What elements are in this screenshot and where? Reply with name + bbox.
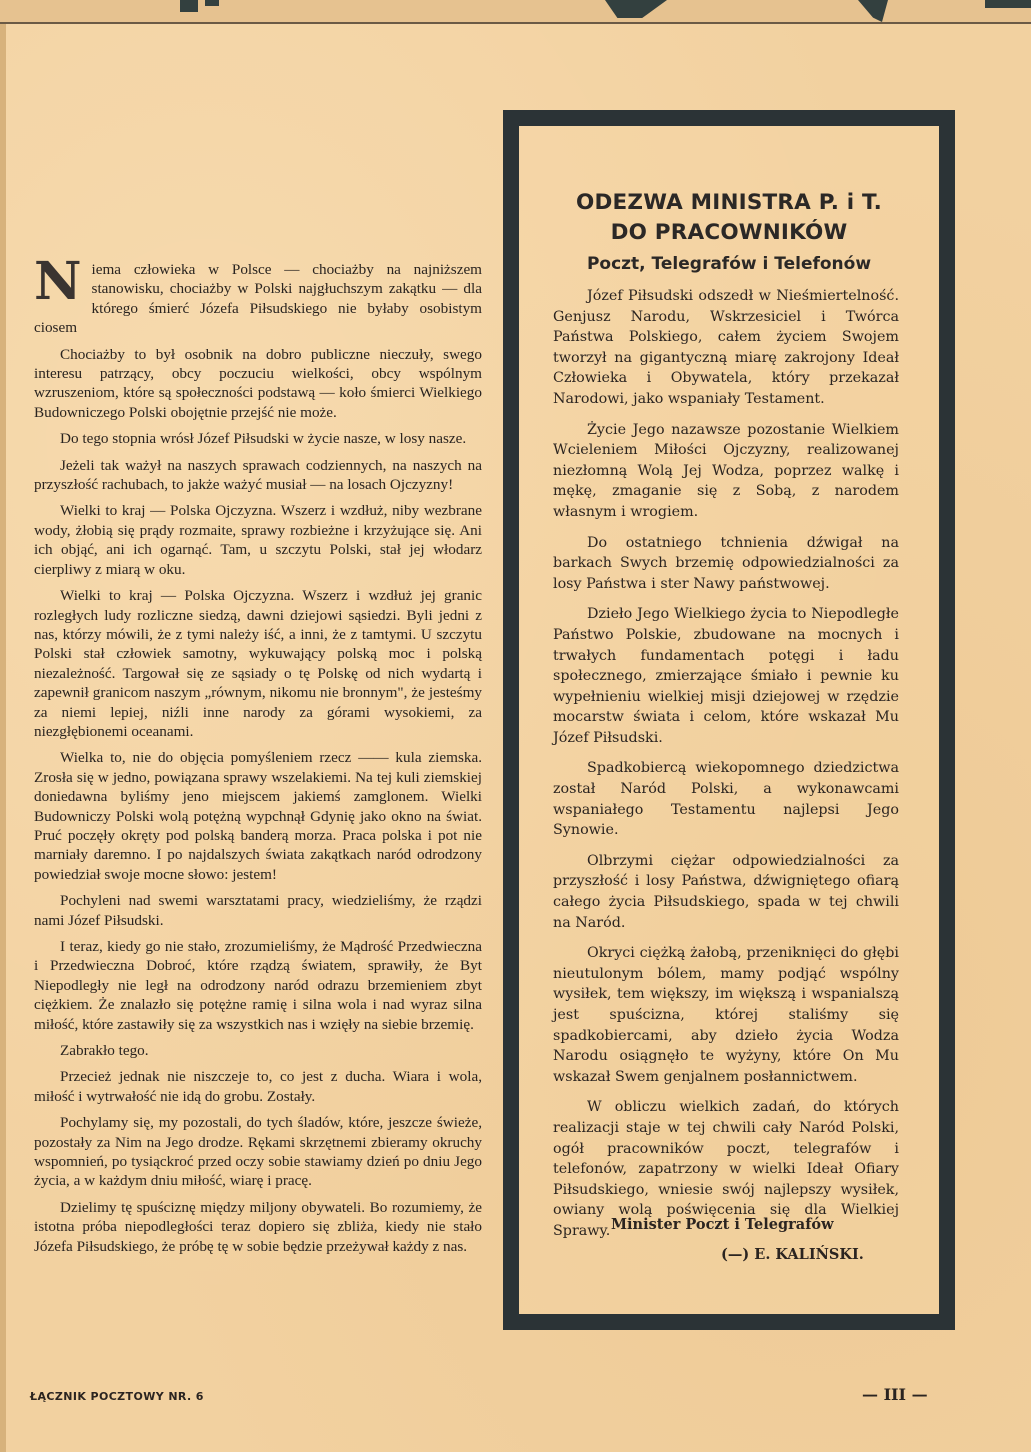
proclamation-paragraph: Józef Piłsudski odszedł w Nieśmiertelnoś… — [553, 286, 899, 410]
page-number: — III — — [862, 1385, 928, 1404]
proclamation-paragraph: Spadkobiercą wiekopomnego dziedzictwa zo… — [553, 758, 899, 840]
proclamation-body: Józef Piłsudski odszedł w Nieśmiertelnoś… — [553, 286, 899, 1252]
proclamation-title: ODEZWA MINISTRA P. i T. DO PRACOWNIKÓW P… — [519, 188, 939, 278]
article-paragraph: Jeżeli tak ważył na naszych sprawach cod… — [34, 456, 482, 495]
drop-cap: N — [34, 262, 82, 302]
signature-role: Minister Poczt i Telegrafów — [611, 1216, 834, 1233]
article-paragraph: Przecież jednak nie niszczeje to, co jes… — [34, 1067, 482, 1106]
article-paragraph: Pochylamy się, my pozostali, do tych śla… — [34, 1113, 482, 1191]
title-line-2: DO PRACOWNIKÓW — [519, 218, 939, 248]
title-line-1: ODEZWA MINISTRA P. i T. — [519, 188, 939, 218]
article-paragraph: I teraz, kiedy go nie stało, zrozumieliś… — [34, 937, 482, 1034]
article-paragraph: Zabrakło tego. — [34, 1041, 482, 1060]
proclamation-paragraph: Życie Jego nazawsze pozostanie Wielkiem … — [553, 420, 899, 523]
torn-top-edge — [0, 0, 1031, 24]
title-subtitle: Poczt, Telegrafów i Telefonów — [519, 250, 939, 278]
proclamation-paragraph: Do ostatniego tchnienia dźwigał na barka… — [553, 533, 899, 595]
proclamation-box: ODEZWA MINISTRA P. i T. DO PRACOWNIKÓW P… — [503, 110, 955, 1330]
proclamation-paragraph: Dzieło Jego Wielkiego życia to Niepodleg… — [553, 604, 899, 748]
article-paragraph: Wielki to kraj — Polska Ojczyzna. Wszerz… — [34, 501, 482, 579]
article-paragraph: Do tego stopnia wrósł Józef Piłsudski w … — [34, 429, 482, 448]
page-edge — [0, 0, 6, 1452]
proclamation-paragraph: Olbrzymi ciężar odpowiedzialności za prz… — [553, 851, 899, 933]
article-left-column: Niema człowieka w Polsce — chociażby na … — [34, 260, 482, 1263]
signature-name: (—) E. KALIŃSKI. — [721, 1246, 864, 1263]
article-paragraph: Wielka to, nie do objęcia pomyśleniem rz… — [34, 748, 482, 884]
publication-name: ŁĄCZNIK POCZTOWY NR. 6 — [30, 1390, 204, 1403]
article-paragraph: Wielki to kraj — Polska Ojczyzna. Wszerz… — [34, 586, 482, 741]
article-paragraph: Pochyleni nad swemi warsztatami pracy, w… — [34, 891, 482, 930]
proclamation-paragraph: Okryci ciężką żałobą, przeniknięci do gł… — [553, 943, 899, 1087]
article-paragraph: Niema człowieka w Polsce — chociażby na … — [34, 260, 482, 338]
article-paragraph: Dzielimy tę spuściznę między miljony oby… — [34, 1198, 482, 1256]
article-paragraph: Chociażby to był osobnik na dobro public… — [34, 345, 482, 423]
